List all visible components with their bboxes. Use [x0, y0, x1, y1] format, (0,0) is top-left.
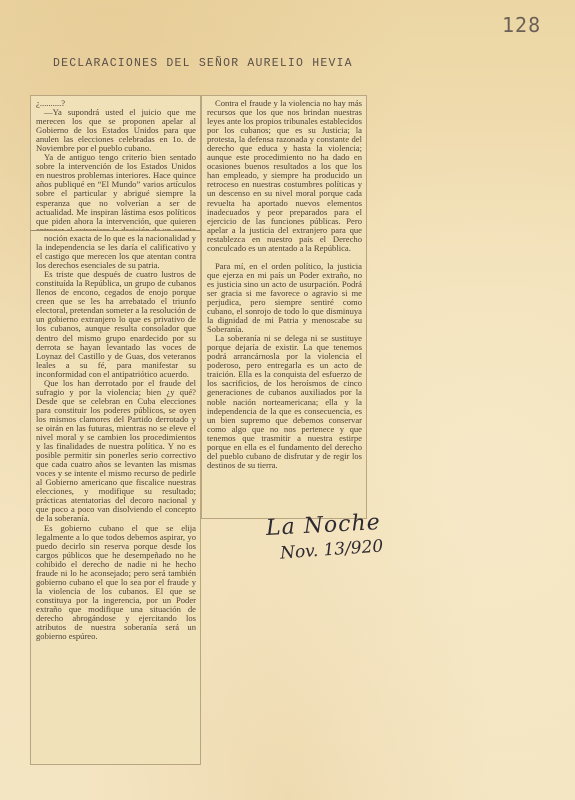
- page-number: 128: [502, 13, 541, 37]
- page-heading: DECLARACIONES DEL SEÑOR AURELIO HEVIA: [53, 57, 353, 70]
- clipping-paragraph: Que los han derrotado por el fraude del …: [36, 379, 196, 524]
- clipping-column-1-top: ¿..........? —Ya supondrá usted el juici…: [30, 95, 201, 231]
- clipping-paragraph: —Ya supondrá usted el juicio que me mere…: [36, 108, 196, 153]
- clipping-paragraph: noción exacta de lo que es la nacionalid…: [36, 234, 196, 270]
- clipping-paragraph: Es triste que después de cuatro lustros …: [36, 270, 196, 379]
- clipping-column-1-bottom: noción exacta de lo que es la nacionalid…: [30, 230, 201, 765]
- clipping-paragraph: Para mí, en el orden político, la justic…: [207, 262, 362, 334]
- clipping-paragraph: Contra el fraude y la violencia no hay m…: [207, 99, 362, 253]
- clipping-column-2: Contra el fraude y la violencia no hay m…: [201, 95, 367, 519]
- clipping-paragraph: La soberanía ni se delega ni se sustituy…: [207, 334, 362, 470]
- handwritten-date-note: Nov. 13/920: [279, 536, 383, 563]
- clipping-paragraph: Es gobierno cubano el que se elija legal…: [36, 524, 196, 642]
- handwritten-source-note: La Noche: [265, 510, 381, 541]
